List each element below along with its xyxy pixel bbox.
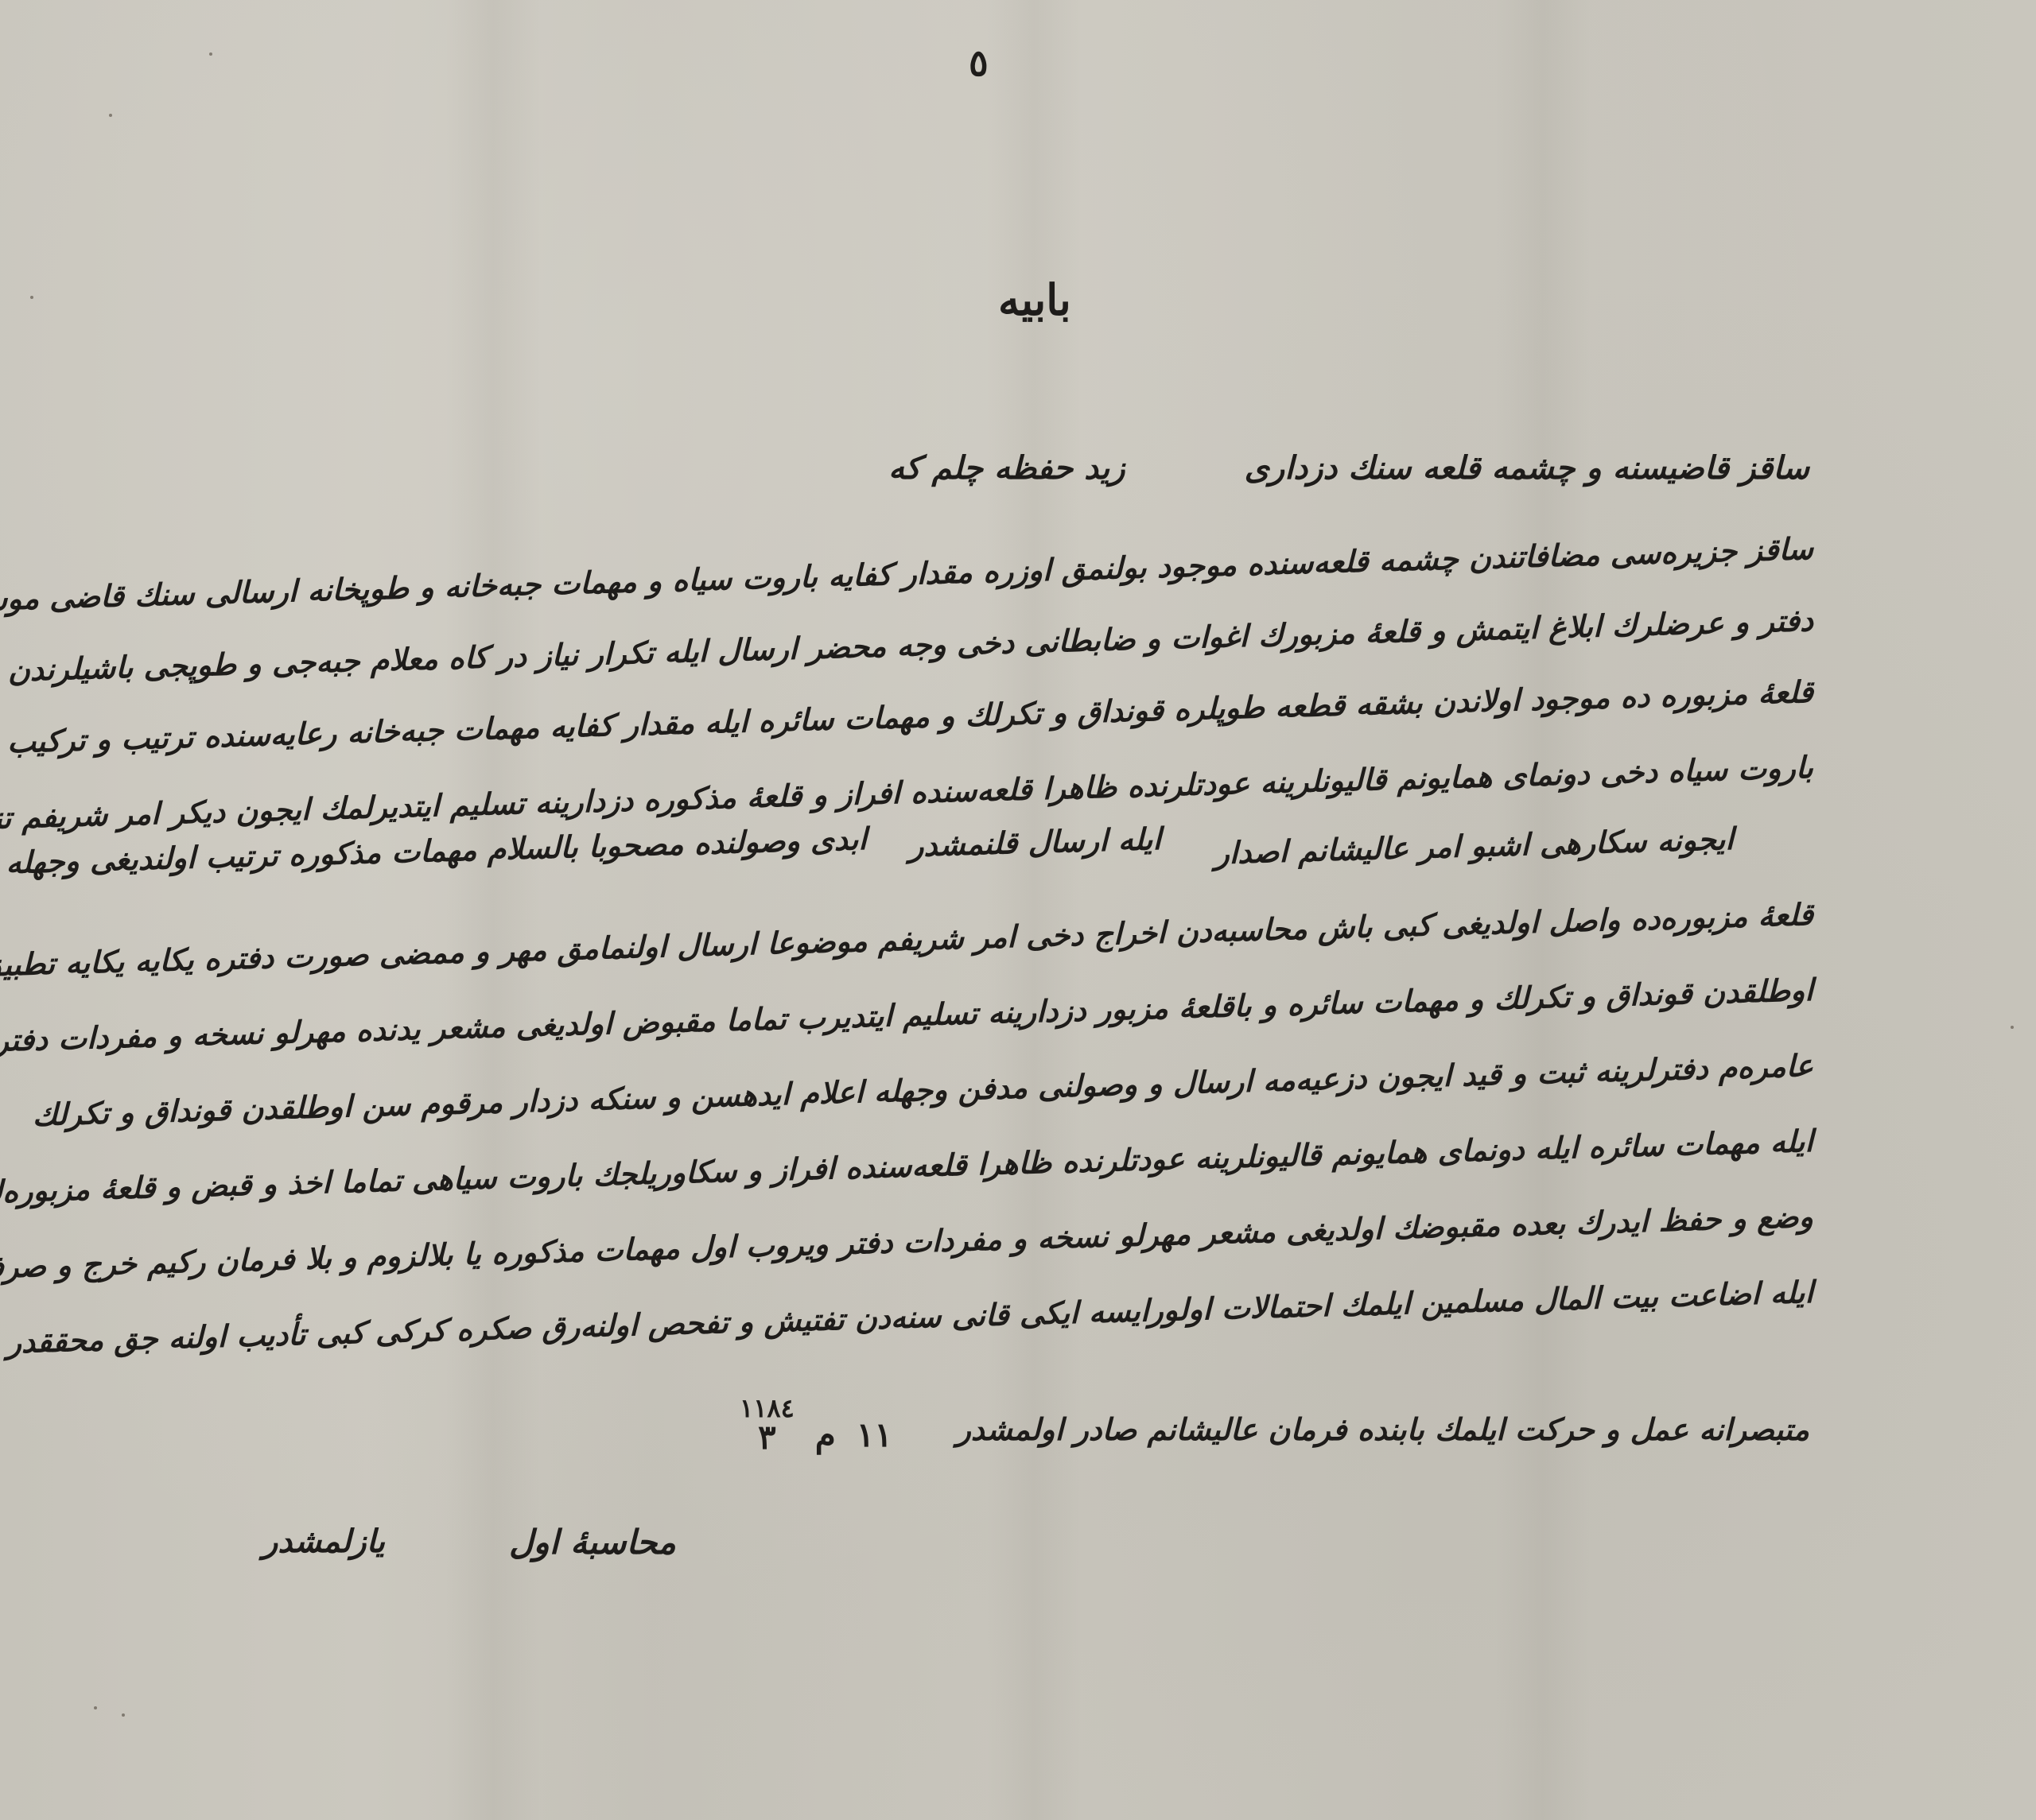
body-line: ایله ارسال قلنمشدر	[907, 815, 1161, 870]
body-line: ایجونه سکارهى اشبو امر عالیشانم اصدار	[1090, 815, 1734, 881]
address-blessing: زید حفظه چلم که	[888, 449, 1125, 487]
footer-office: محاسبهٔ اول	[509, 1523, 676, 1562]
paper-speck	[109, 114, 112, 117]
body-line: عامره‌م دفترلرینه ثبت و قید ایجون دزعیه‌…	[103, 1042, 1813, 1137]
document-page: ٥ بابیه ساقز قاضیسنه و چشمه قلعه سنك دزد…	[0, 0, 2036, 1820]
paper-fold-shading	[986, 0, 1082, 1820]
paper-speck	[94, 1706, 97, 1709]
closing-line: متبصرانه عمل و حرکت ایلمك بابنده فرمان ع…	[956, 1411, 1809, 1447]
document-heading: بابیه	[998, 274, 1071, 325]
date-month-part: ٣	[758, 1421, 776, 1454]
address-line: ساقز قاضیسنه و چشمه قلعه سنك دزدارى زید …	[888, 449, 1809, 487]
paper-speck	[209, 52, 212, 56]
page-number: ٥	[969, 41, 989, 84]
paper-speck	[30, 296, 33, 299]
paper-speck	[2011, 1026, 2014, 1029]
date-block: ١١ م ١١٨٤ ٣	[740, 1395, 892, 1454]
date-day: ١١	[857, 1415, 892, 1454]
body-line: ایله مهمات سائره ایله دونماى همایونم قال…	[103, 1117, 1813, 1213]
paper-speck	[122, 1713, 125, 1717]
body-line: اوطلقدن قونداق و تکرلك و مهمات سائره و ب…	[103, 966, 1813, 1061]
body-line: قلعهٔ مزبوره‌ده واصل اولدیغى کبى باش محا…	[103, 891, 1813, 986]
date-month-abbrev: م	[815, 1415, 836, 1454]
footer-note: یازلمشدر	[262, 1523, 385, 1560]
body-line: ایله اضاعت بیت المال مسلمین ایلمك احتمال…	[103, 1268, 1813, 1364]
body-line: وضع و حفظ ایدرك بعده مقبوضك اولدیغى مشعر…	[103, 1193, 1813, 1288]
date-year-stack: ١١٨٤ ٣	[740, 1395, 795, 1454]
address-recipient: ساقز قاضیسنه و چشمه قلعه سنك دزدارى	[1245, 449, 1809, 487]
